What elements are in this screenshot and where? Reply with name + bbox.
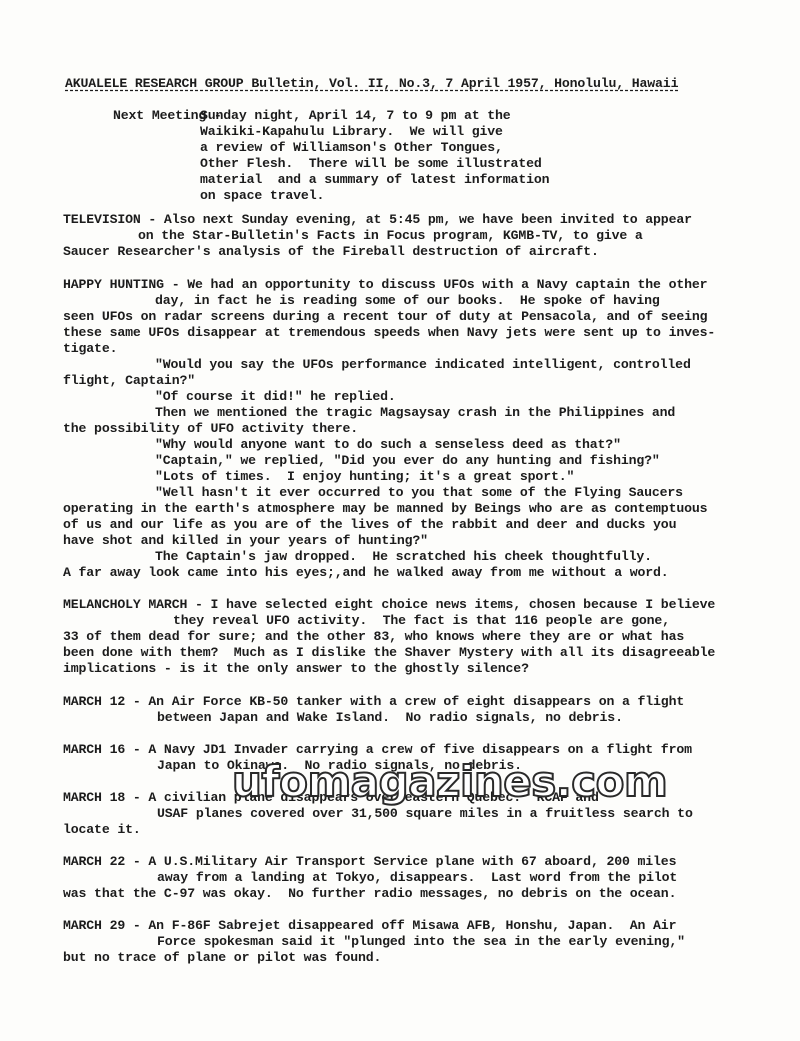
happy-hunting-line: Then we mentioned the tragic Magsaysay c…: [155, 405, 675, 421]
happy-hunting-line: have shot and killed in your years of hu…: [63, 533, 428, 549]
march-entry-line: MARCH 22 - A U.S.Military Air Transport …: [63, 854, 676, 870]
march-entry-line: locate it.: [63, 822, 141, 838]
march-entry-line: MARCH 29 - An F-86F Sabrejet disappeared…: [63, 918, 676, 934]
march-entry-line: was that the C-97 was okay. No further r…: [63, 886, 676, 902]
melancholy-march-line: they reveal UFO activity. The fact is th…: [173, 613, 670, 629]
happy-hunting-line: of us and our life as you are of the liv…: [63, 517, 676, 533]
next-meeting-line: material and a summary of latest informa…: [200, 172, 549, 188]
happy-hunting-line: tigate.: [63, 341, 117, 357]
happy-hunting-line: the possibility of UFO activity there.: [63, 421, 358, 437]
next-meeting-line: on space travel.: [200, 188, 324, 204]
melancholy-march-line: 33 of them dead for sure; and the other …: [63, 629, 684, 645]
happy-hunting-line: A far away look came into his eyes;,and …: [63, 565, 669, 581]
march-entry-line: MARCH 12 - An Air Force KB-50 tanker wit…: [63, 694, 684, 710]
happy-hunting-line: day, in fact he is reading some of our b…: [155, 293, 660, 309]
television-line: TELEVISION - Also next Sunday evening, a…: [63, 212, 692, 228]
happy-hunting-line: "Would you say the UFOs performance indi…: [155, 357, 691, 373]
happy-hunting-line: these same UFOs disappear at tremendous …: [63, 325, 715, 341]
happy-hunting-line: HAPPY HUNTING - We had an opportunity to…: [63, 277, 707, 293]
television-line: Saucer Researcher's analysis of the Fire…: [63, 244, 599, 260]
melancholy-march-line: been done with them? Much as I dislike t…: [63, 645, 715, 661]
next-meeting-line: Other Flesh. There will be some illustra…: [200, 156, 542, 172]
bulletin-header: AKUALELE RESEARCH GROUP Bulletin, Vol. I…: [65, 76, 678, 92]
next-meeting-line: a review of Williamson's Other Tongues,: [200, 140, 503, 156]
happy-hunting-line: The Captain's jaw dropped. He scratched …: [155, 549, 652, 565]
march-entry-line: USAF planes covered over 31,500 square m…: [157, 806, 693, 822]
march-entry-line: between Japan and Wake Island. No radio …: [157, 710, 623, 726]
happy-hunting-line: "Of course it did!" he replied.: [155, 389, 396, 405]
bulletin-page: AKUALELE RESEARCH GROUP Bulletin, Vol. I…: [0, 0, 800, 1041]
melancholy-march-line: MELANCHOLY MARCH - I have selected eight…: [63, 597, 715, 613]
next-meeting-line: Sunday night, April 14, 7 to 9 pm at the: [200, 108, 511, 124]
watermark: ufomagazines.com: [232, 758, 667, 806]
melancholy-march-line: implications - is it the only answer to …: [63, 661, 529, 677]
next-meeting-line: Waikiki-Kapahulu Library. We will give: [200, 124, 503, 140]
march-entry-line: away from a landing at Tokyo, disappears…: [157, 870, 677, 886]
march-entry-line: but no trace of plane or pilot was found…: [63, 950, 381, 966]
happy-hunting-line: "Well hasn't it ever occurred to you tha…: [155, 485, 683, 501]
television-line: on the Star-Bulletin's Facts in Focus pr…: [138, 228, 643, 244]
happy-hunting-line: seen UFOs on radar screens during a rece…: [63, 309, 707, 325]
happy-hunting-line: "Lots of times. I enjoy hunting; it's a …: [155, 469, 574, 485]
happy-hunting-line: "Why would anyone want to do such a sens…: [155, 437, 621, 453]
happy-hunting-line: operating in the earth's atmosphere may …: [63, 501, 707, 517]
happy-hunting-line: "Captain," we replied, "Did you ever do …: [155, 453, 660, 469]
happy-hunting-line: flight, Captain?": [63, 373, 195, 389]
march-entry-line: Force spokesman said it "plunged into th…: [157, 934, 685, 950]
march-entry-line: MARCH 16 - A Navy JD1 Invader carrying a…: [63, 742, 692, 758]
